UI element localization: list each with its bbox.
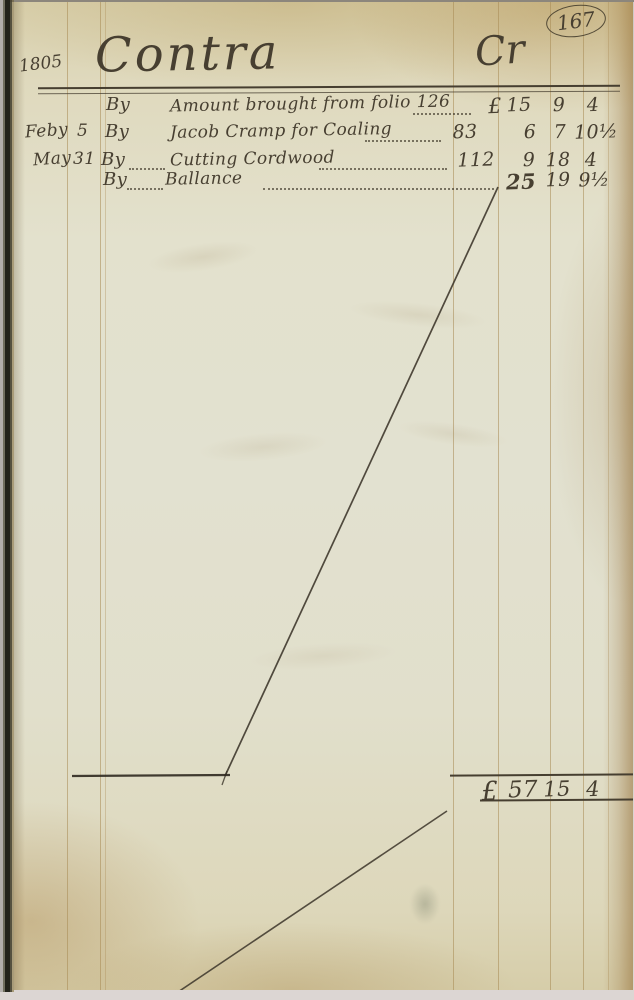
strike-diagonal-upper [225, 187, 498, 776]
currency-symbol: £ [481, 777, 499, 808]
ledger-page: 167 1805 Contra Cr By Amount brought fro… [13, 2, 633, 990]
strike-diagonal-lower [178, 811, 447, 990]
strike-horizontal [72, 775, 230, 776]
book-spine-edge [0, 0, 14, 992]
ink-smudge [410, 884, 440, 924]
total-shillings: 15 [543, 777, 571, 802]
total-pence: 4 [586, 777, 601, 801]
page-top-edge [10, 0, 634, 2]
strike-lines [13, 2, 633, 990]
total-row: £ 57 15 4 [13, 777, 633, 807]
ledger-scan: { "page": { "number": "167", "year": "18… [0, 0, 634, 1000]
